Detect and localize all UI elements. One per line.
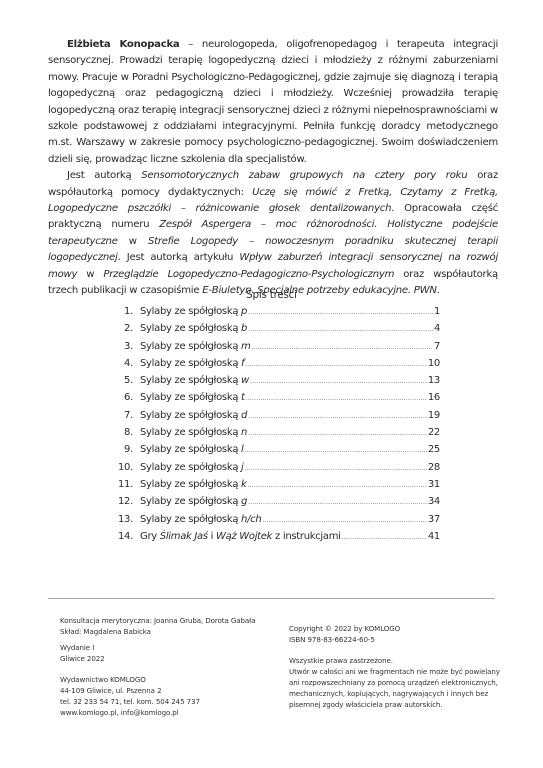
toc-entry: 1.Sylaby ze spółgłoską p1 <box>112 303 440 320</box>
toc-entry-label: Sylaby ze spółgłoską j <box>140 459 244 476</box>
toc-leader-dots <box>245 356 427 373</box>
toc-entry: 12.Sylaby ze spółgłoską g34 <box>112 493 440 510</box>
toc-entry-number: 3. <box>112 338 140 355</box>
publisher-address: 44-109 Gliwice, ul. Pszenna 2 <box>60 685 280 696</box>
toc-entry-page: 31 <box>428 476 440 493</box>
bio-paragraph-2: Jest autorką Sensomotorycznych zabaw gru… <box>48 168 498 299</box>
toc-entry: 8.Sylaby ze spółgłoską n22 <box>112 424 440 441</box>
toc-entry-label: Sylaby ze spółgłoską w <box>140 372 249 389</box>
toc-entry-label: Sylaby ze spółgłoską m <box>140 338 250 355</box>
imprint-right: Copyright © 2022 by KOMLOGO ISBN 978-83-… <box>289 623 509 710</box>
table-of-contents: 1.Sylaby ze spółgłoską p12.Sylaby ze spó… <box>112 303 440 545</box>
toc-leader-dots <box>248 321 433 338</box>
toc-entry: 5.Sylaby ze spółgłoską w13 <box>112 372 440 389</box>
typesetting-credit: Skład: Magdalena Babicka <box>60 626 280 637</box>
consultation-credit: Konsultacja merytoryczna: Joanna Gruba, … <box>60 615 280 626</box>
toc-entry-page: 28 <box>428 459 440 476</box>
isbn: ISBN 978-83-66224-60-5 <box>289 634 509 645</box>
toc-entry-page: 37 <box>428 511 440 528</box>
toc-leader-dots <box>248 304 433 321</box>
toc-entry-number: 1. <box>112 303 140 320</box>
toc-entry: 6.Sylaby ze spółgłoską t16 <box>112 389 440 406</box>
toc-entry-number: 5. <box>112 372 140 389</box>
toc-entry-label: Sylaby ze spółgłoską p <box>140 303 247 320</box>
toc-entry: 7.Sylaby ze spółgłoską d19 <box>112 407 440 424</box>
toc-entry-page: 34 <box>428 493 440 510</box>
toc-leader-dots <box>342 529 427 546</box>
toc-entry-number: 12. <box>112 493 140 510</box>
toc-entry-page: 10 <box>428 355 440 372</box>
toc-entry: 14.Gry Ślimak Jaś i Wąż Wojtek z instruk… <box>112 528 440 545</box>
publisher-web-email: www.komlogo.pl, info@komlogo.pl <box>60 707 280 718</box>
author-name: Elżbieta Konopacka <box>67 39 180 50</box>
toc-entry-page: 1 <box>434 303 440 320</box>
toc-entry-number: 7. <box>112 407 140 424</box>
publisher-name: Wydawnictwo KOMLOGO <box>60 674 280 685</box>
toc-entry: 9.Sylaby ze spółgłoską l25 <box>112 441 440 458</box>
toc-entry-number: 14. <box>112 528 140 545</box>
toc-entry-page: 4 <box>434 320 440 337</box>
toc-entry-number: 11. <box>112 476 140 493</box>
toc-entry: 4.Sylaby ze spółgłoską f10 <box>112 355 440 372</box>
toc-entry-number: 9. <box>112 441 140 458</box>
toc-leader-dots <box>246 390 427 407</box>
toc-title: Spis treści <box>0 289 543 301</box>
toc-entry-page: 41 <box>428 528 440 545</box>
imprint-left: Konsultacja merytoryczna: Joanna Gruba, … <box>60 615 280 718</box>
toc-entry: 13.Sylaby ze spółgłoską h/ch37 <box>112 511 440 528</box>
toc-entry-number: 6. <box>112 389 140 406</box>
publisher-phone: tel. 32 233 54 71, tel. kom. 504 245 737 <box>60 696 280 707</box>
toc-entry-label: Sylaby ze spółgłoską b <box>140 320 247 337</box>
toc-entry-label: Sylaby ze spółgłoską d <box>140 407 247 424</box>
toc-entry-number: 10. <box>112 459 140 476</box>
toc-leader-dots <box>248 425 427 442</box>
toc-entry-page: 13 <box>428 372 440 389</box>
rights-reserved: Wszystkie prawa zastrzeżone. <box>289 655 509 666</box>
toc-entry-number: 13. <box>112 511 140 528</box>
book-title: Sensomotorycznych zabaw grupowych na czt… <box>141 170 467 181</box>
toc-entry: 11.Sylaby ze spółgłoską k31 <box>112 476 440 493</box>
toc-leader-dots <box>248 408 427 425</box>
toc-entry-label: Sylaby ze spółgłoską n <box>140 424 247 441</box>
footer-divider <box>48 598 495 599</box>
toc-leader-dots <box>262 512 427 529</box>
toc-entry-page: 7 <box>434 338 440 355</box>
toc-leader-dots <box>250 373 427 390</box>
edition: Wydanie I <box>60 642 280 653</box>
toc-entry-label: Gry Ślimak Jaś i Wąż Wojtek z instrukcja… <box>140 528 341 545</box>
toc-entry: 2.Sylaby ze spółgłoską b4 <box>112 320 440 337</box>
toc-entry-page: 19 <box>428 407 440 424</box>
toc-leader-dots <box>245 460 427 477</box>
rights-text: Utwór w całości ani we fragmentach nie m… <box>289 666 509 710</box>
journal-title: Przeglądzie Logopedyczno-Pedagogiczno-Ps… <box>103 269 394 280</box>
place-year: Gliwice 2022 <box>60 653 280 664</box>
toc-leader-dots <box>248 494 427 511</box>
bio-paragraph-1: Elżbieta Konopacka – neurologopeda, olig… <box>48 37 498 168</box>
toc-entry-label: Sylaby ze spółgłoską g <box>140 493 247 510</box>
toc-entry-label: Sylaby ze spółgłoską t <box>140 389 245 406</box>
toc-entry-label: Sylaby ze spółgłoską h/ch <box>140 511 261 528</box>
toc-entry-label: Sylaby ze spółgłoską k <box>140 476 247 493</box>
toc-entry-page: 16 <box>428 389 440 406</box>
toc-entry: 3.Sylaby ze spółgłoską m7 <box>112 338 440 355</box>
toc-entry: 10.Sylaby ze spółgłoską j28 <box>112 459 440 476</box>
copyright: Copyright © 2022 by KOMLOGO <box>289 623 509 634</box>
toc-leader-dots <box>251 339 432 356</box>
toc-leader-dots <box>245 442 427 459</box>
toc-entry-label: Sylaby ze spółgłoską f <box>140 355 244 372</box>
toc-entry-page: 25 <box>428 441 440 458</box>
toc-leader-dots <box>248 477 427 494</box>
toc-entry-page: 22 <box>428 424 440 441</box>
toc-entry-number: 4. <box>112 355 140 372</box>
author-bio: Elżbieta Konopacka – neurologopeda, olig… <box>48 37 498 300</box>
toc-entry-number: 8. <box>112 424 140 441</box>
toc-entry-label: Sylaby ze spółgłoską l <box>140 441 244 458</box>
toc-entry-number: 2. <box>112 320 140 337</box>
